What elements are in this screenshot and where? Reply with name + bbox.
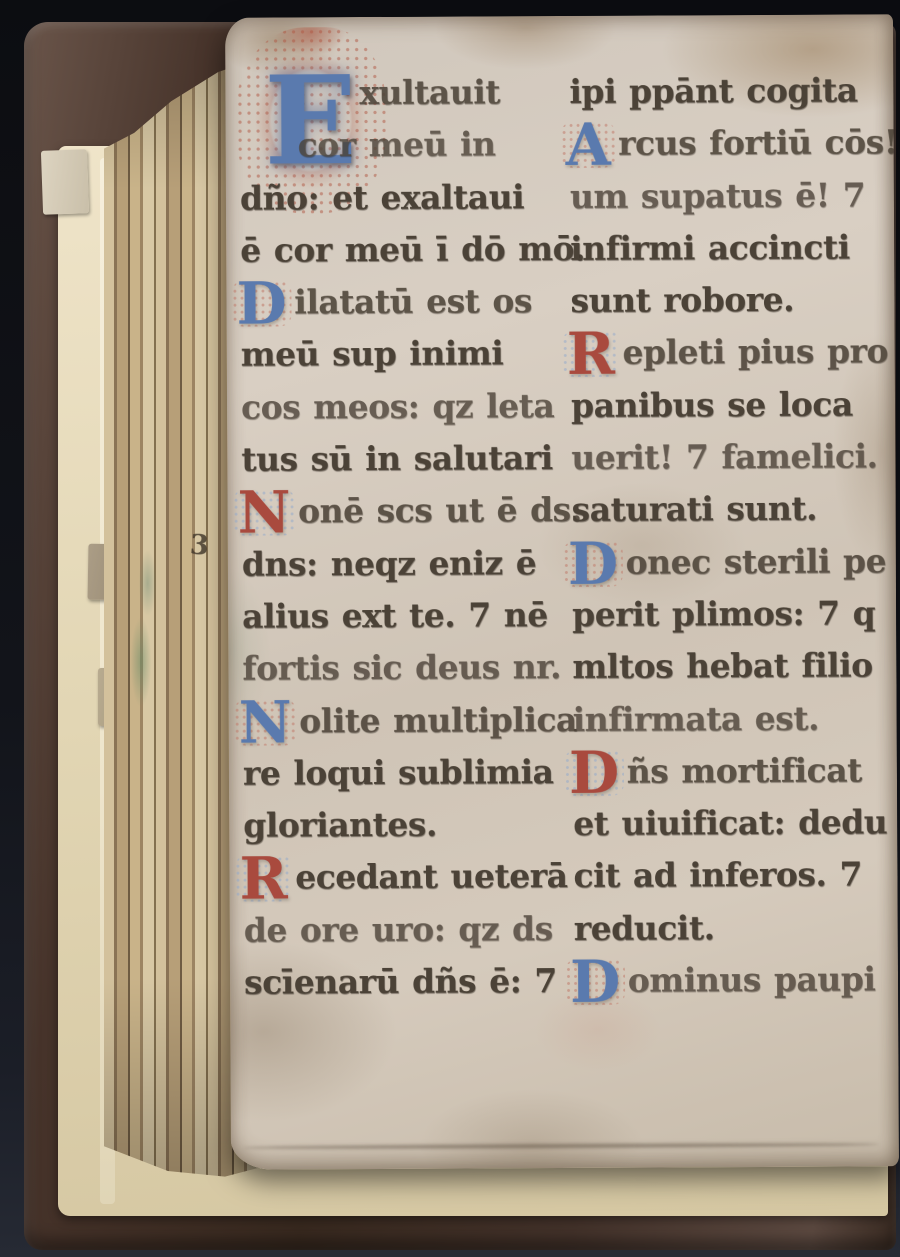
manuscript-line: Dominus paupi: [574, 953, 899, 1007]
manuscript-line: cos meos: qz leta: [241, 380, 571, 434]
line-text: infirmi accincti: [570, 227, 850, 267]
line-text: olite multiplica: [299, 699, 577, 739]
penwork-initial: R: [234, 856, 292, 902]
line-text: perit plimos: 7 q: [572, 593, 875, 634]
penwork-initial: R: [562, 331, 620, 377]
manuscript-line: Nonē scs ut ē ds.: [241, 484, 571, 538]
line-text: um supatus ē! 7: [570, 175, 865, 216]
manuscript-line: saturati sunt.: [571, 483, 899, 537]
line-text: saturati sunt.: [571, 489, 817, 529]
manuscript-line: Arcus fortiū cōs!: [570, 117, 899, 171]
line-text: scīenarū dñs ē: 7: [244, 961, 557, 1002]
line-text: cit ad inferos. 7: [573, 855, 862, 896]
line-text: xultauit: [359, 72, 500, 112]
line-text: ñs mortificat: [627, 750, 862, 790]
penwork-initial: A: [561, 122, 616, 168]
line-text: alius ext te. 7 nē: [242, 595, 548, 636]
manuscript-line: meū sup inimi: [241, 327, 571, 381]
manuscript-line: um supatus ē! 7: [570, 169, 899, 223]
line-text: dns: neqz eniz ē: [242, 543, 537, 584]
penwork-initial: D: [565, 959, 625, 1005]
text-column-right: ipi ppānt cogitaArcus fortiū cōs!um supa…: [569, 64, 899, 1007]
manuscript-line: scīenarū dñs ē: 7: [244, 955, 574, 1009]
manuscript-line: re loqui sublimia: [243, 746, 573, 800]
line-text: dño: et exaltaui: [240, 177, 524, 217]
manuscript-line: infirmi accincti: [570, 221, 899, 275]
line-text: et uiuificat: dedu: [573, 802, 887, 843]
manuscript-line: panibus se loca: [571, 378, 899, 432]
line-text: ominus paupi: [628, 959, 876, 999]
manuscript-line: Dilatatū est os: [240, 275, 570, 329]
manuscript-line: fortis sic deus nr.: [242, 641, 572, 695]
line-text: sunt robore.: [570, 280, 794, 320]
manuscript-line: uerit! 7 famelici.: [571, 430, 899, 484]
penwork-initial: D: [563, 540, 623, 586]
manuscript-line: infirmata est.: [573, 692, 899, 746]
manuscript-line: Dñs mortificat: [573, 744, 899, 798]
manuscript-line: perit plimos: 7 q: [572, 587, 899, 641]
manuscript-line: Donec sterili pe: [572, 535, 899, 589]
line-text: panibus se loca: [571, 384, 853, 424]
manuscript-line: Recedant ueterā: [243, 850, 573, 904]
penwork-initial: D: [564, 750, 624, 796]
line-text: cos meos: qz leta: [241, 386, 555, 427]
manuscript-line: Repleti pius pro: [571, 326, 899, 380]
line-text: onec sterili pe: [626, 541, 887, 581]
manuscript-line: mltos hebat filio: [572, 639, 899, 693]
parchment-page: Exultauitcor meū indño: et exaltauiē cor…: [225, 14, 899, 1169]
manuscript-line: ē cor meū ī dō mō.: [240, 223, 570, 277]
line-text: ē cor meū ī dō mō.: [240, 229, 585, 270]
manuscript-line: cit ad inferos. 7: [573, 849, 899, 903]
manuscript-line: sunt robore.: [570, 273, 899, 327]
manuscript-photo: 3 Exultauitcor meū indño: et exaltauiē c…: [0, 0, 900, 1257]
line-text: cor meū in: [298, 125, 496, 165]
line-text: gloriantes.: [243, 805, 437, 845]
penwork-initial: D: [231, 281, 291, 327]
line-text: mltos hebat filio: [572, 646, 872, 687]
line-text: onē scs ut ē ds.: [298, 490, 582, 530]
manuscript-line: cor meū in: [240, 118, 570, 172]
line-text: fortis sic deus nr.: [242, 647, 561, 688]
line-text: ecedant ueterā: [295, 856, 567, 896]
manuscript-line: de ore uro: qz ds: [244, 903, 574, 957]
line-text: uerit! 7 famelici.: [571, 436, 877, 477]
line-text: meū sup inimi: [241, 334, 504, 374]
manuscript-line: Nolite multiplica: [243, 694, 573, 748]
line-text: epleti pius pro: [622, 332, 888, 372]
margin-mark: 3: [189, 529, 210, 561]
manuscript-line: et uiuificat: dedu: [573, 796, 899, 850]
line-text: rcus fortiū cōs!: [618, 123, 898, 163]
manuscript-line: gloriantes.: [243, 798, 573, 852]
line-text: infirmata est.: [573, 698, 820, 738]
manuscript-line: xultauit: [239, 66, 569, 120]
manuscript-line: reducit.: [574, 901, 899, 955]
line-text: re loqui sublimia: [243, 752, 554, 793]
penwork-initial: N: [232, 490, 295, 536]
manuscript-line: ipi ppānt cogita: [569, 64, 899, 118]
text-column-left: Exultauitcor meū indño: et exaltauiē cor…: [239, 66, 574, 1009]
penwork-initial: N: [234, 699, 297, 745]
line-text: ilatatū est os: [294, 281, 532, 321]
line-text: de ore uro: qz ds: [244, 909, 553, 950]
manuscript-line: alius ext te. 7 nē: [242, 589, 572, 643]
manuscript-line: dns: neqz eniz ē: [242, 537, 572, 591]
line-text: reducit.: [574, 908, 715, 948]
line-text: ipi ppānt cogita: [569, 70, 857, 111]
line-text: tus sū in salutari: [241, 438, 553, 479]
manuscript-line: tus sū in salutari: [241, 432, 571, 486]
page-marker-tab: [41, 149, 89, 215]
manuscript-line: dño: et exaltaui: [240, 171, 570, 225]
